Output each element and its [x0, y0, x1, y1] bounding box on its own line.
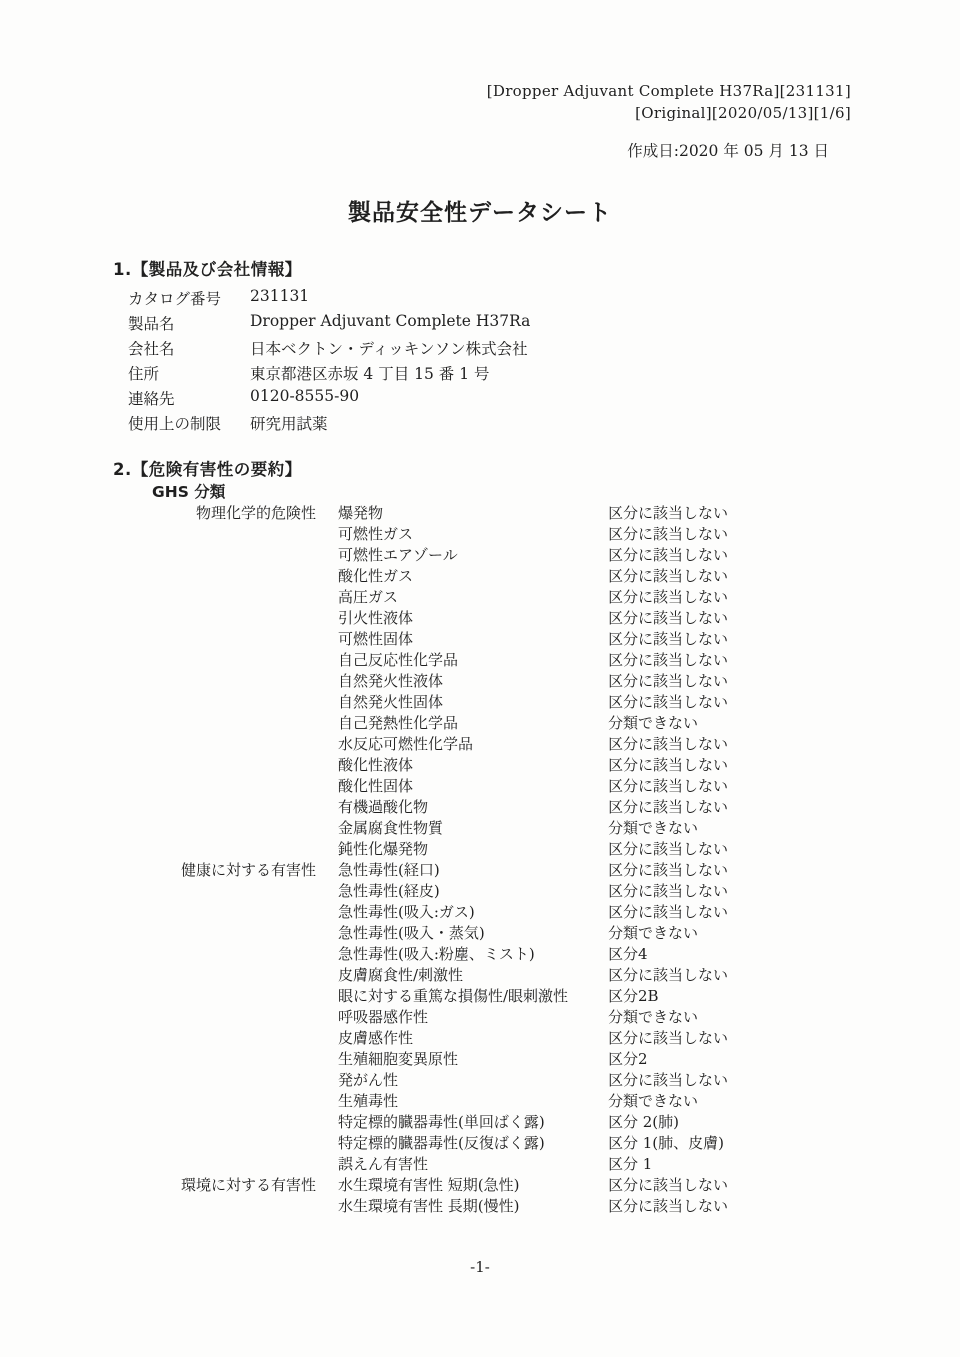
ghs-hazard-name: 可燃性固体 [338, 628, 608, 649]
ghs-hazard-name: 引火性液体 [338, 607, 608, 628]
ghs-hazard-name: 皮膚感作性 [338, 1027, 608, 1048]
sds-document-page: [Dropper Adjuvant Complete H37Ra][231131… [0, 0, 960, 1357]
ghs-hazard-name: 可燃性ガス [338, 523, 608, 544]
ghs-hazard-category [178, 607, 338, 628]
product-info-row: 住所東京都港区赤坂 4 丁目 15 番 1 号 [128, 362, 530, 387]
ghs-hazard-name: 急性毒性(吸入:ガス) [338, 901, 608, 922]
ghs-classification-value: 区分に該当しない [608, 1069, 848, 1090]
ghs-hazard-category [178, 1195, 338, 1216]
info-label: 製品名 [128, 312, 250, 334]
ghs-classification-value: 区分に該当しない [608, 838, 848, 859]
ghs-classification-row: 皮膚感作性区分に該当しない [178, 1027, 848, 1048]
ghs-classification-value: 区分に該当しない [608, 754, 848, 775]
ghs-hazard-name: 呼吸器感作性 [338, 1006, 608, 1027]
ghs-hazard-name: 発がん性 [338, 1069, 608, 1090]
ghs-classification-row: 酸化性液体区分に該当しない [178, 754, 848, 775]
info-value: 東京都港区赤坂 4 丁目 15 番 1 号 [250, 362, 490, 384]
ghs-hazard-name: 皮膚腐食性/刺激性 [338, 964, 608, 985]
ghs-classification-value: 区分に該当しない [608, 1027, 848, 1048]
ghs-hazard-category [178, 943, 338, 964]
ghs-classification-row: 特定標的臓器毒性(単回ばく露)区分 2(肺) [178, 1111, 848, 1132]
ghs-classification-value: 区分に該当しない [608, 523, 848, 544]
ghs-classification-value: 分類できない [608, 922, 848, 943]
ghs-hazard-category [178, 628, 338, 649]
ghs-hazard-name: 爆発物 [338, 502, 608, 523]
document-title: 製品安全性データシート [0, 194, 960, 227]
info-value: 231131 [250, 287, 309, 305]
document-reference-header: [Dropper Adjuvant Complete H37Ra][231131… [487, 80, 851, 124]
ghs-hazard-category [178, 796, 338, 817]
info-value: 0120-8555-90 [250, 387, 359, 405]
ghs-classification-value: 区分4 [608, 943, 848, 964]
ghs-hazard-category [178, 1027, 338, 1048]
info-label: 連絡先 [128, 387, 250, 409]
ghs-classification-row: 可燃性ガス区分に該当しない [178, 523, 848, 544]
product-info-table: カタログ番号231131製品名Dropper Adjuvant Complete… [128, 287, 530, 437]
ghs-hazard-name: 酸化性固体 [338, 775, 608, 796]
product-info-row: 使用上の制限研究用試薬 [128, 412, 530, 437]
section2-heading: 2.【危険有害性の要約】 [113, 456, 302, 480]
ghs-hazard-name: 可燃性エアゾール [338, 544, 608, 565]
ghs-classification-row: 急性毒性(経皮)区分に該当しない [178, 880, 848, 901]
ghs-classification-row: 酸化性ガス区分に該当しない [178, 565, 848, 586]
ghs-classification-row: 発がん性区分に該当しない [178, 1069, 848, 1090]
ghs-classification-value: 区分に該当しない [608, 649, 848, 670]
ghs-classification-row: 急性毒性(吸入・蒸気)分類できない [178, 922, 848, 943]
ghs-classification-value: 区分に該当しない [608, 586, 848, 607]
ghs-hazard-category [178, 817, 338, 838]
ghs-classification-value: 区分に該当しない [608, 691, 848, 712]
ghs-classification-row: 環境に対する有害性水生環境有害性 短期(急性)区分に該当しない [178, 1174, 848, 1195]
created-date: 作成日:2020 年 05 月 13 日 [627, 139, 829, 161]
product-info-row: カタログ番号231131 [128, 287, 530, 312]
ghs-hazard-category [178, 649, 338, 670]
ghs-classification-row: 鈍性化爆発物区分に該当しない [178, 838, 848, 859]
product-info-row: 製品名Dropper Adjuvant Complete H37Ra [128, 312, 530, 337]
ghs-classification-value: 区分に該当しない [608, 880, 848, 901]
ghs-hazard-category [178, 1006, 338, 1027]
ghs-hazard-name: 特定標的臓器毒性(単回ばく露) [338, 1111, 608, 1132]
ghs-hazard-name: 自己反応性化学品 [338, 649, 608, 670]
product-info-row: 会社名日本ベクトン・ディッキンソン株式会社 [128, 337, 530, 362]
ghs-hazard-name: 自己発熱性化学品 [338, 712, 608, 733]
ghs-classification-value: 区分に該当しない [608, 775, 848, 796]
ghs-hazard-name: 急性毒性(吸入・蒸気) [338, 922, 608, 943]
ghs-classification-row: 物理化学的危険性爆発物区分に該当しない [178, 502, 848, 523]
ghs-classification-value: 区分に該当しない [608, 670, 848, 691]
ghs-classification-table: 物理化学的危険性爆発物区分に該当しない可燃性ガス区分に該当しない可燃性エアゾール… [178, 502, 848, 1216]
ghs-classification-row: 高圧ガス区分に該当しない [178, 586, 848, 607]
header-revision-reference: [Original][2020/05/13][1/6] [487, 102, 851, 124]
ghs-hazard-name: 水反応可燃性化学品 [338, 733, 608, 754]
ghs-classification-value: 区分に該当しない [608, 796, 848, 817]
ghs-hazard-name: 急性毒性(経口) [338, 859, 608, 880]
page-number: -1- [0, 1258, 960, 1276]
ghs-classification-value: 区分に該当しない [608, 607, 848, 628]
info-value: Dropper Adjuvant Complete H37Ra [250, 312, 530, 330]
info-label: 会社名 [128, 337, 250, 359]
ghs-hazard-category [178, 691, 338, 712]
ghs-classification-row: 水生環境有害性 長期(慢性)区分に該当しない [178, 1195, 848, 1216]
ghs-hazard-category [178, 1090, 338, 1111]
ghs-hazard-name: 高圧ガス [338, 586, 608, 607]
ghs-classification-row: 眼に対する重篤な損傷性/眼刺激性区分2B [178, 985, 848, 1006]
ghs-classification-value: 分類できない [608, 1006, 848, 1027]
ghs-classification-subheading: GHS 分類 [152, 480, 225, 502]
ghs-hazard-name: 水生環境有害性 長期(慢性) [338, 1195, 608, 1216]
ghs-hazard-name: 自然発火性液体 [338, 670, 608, 691]
ghs-hazard-category [178, 712, 338, 733]
ghs-hazard-category: 健康に対する有害性 [178, 859, 338, 880]
ghs-classification-row: 生殖毒性分類できない [178, 1090, 848, 1111]
ghs-classification-value: 区分2 [608, 1048, 848, 1069]
section1-heading: 1.【製品及び会社情報】 [113, 256, 302, 280]
ghs-hazard-name: 自然発火性固体 [338, 691, 608, 712]
ghs-classification-value: 区分 1(肺、皮膚) [608, 1132, 848, 1153]
ghs-hazard-name: 有機過酸化物 [338, 796, 608, 817]
ghs-hazard-category [178, 838, 338, 859]
ghs-classification-row: 引火性液体区分に該当しない [178, 607, 848, 628]
info-value: 日本ベクトン・ディッキンソン株式会社 [250, 337, 528, 359]
ghs-classification-row: 急性毒性(吸入:ガス)区分に該当しない [178, 901, 848, 922]
ghs-hazard-name: 急性毒性(吸入:粉塵、ミスト) [338, 943, 608, 964]
info-label: 住所 [128, 362, 250, 384]
ghs-classification-row: 生殖細胞変異原性区分2 [178, 1048, 848, 1069]
ghs-hazard-name: 誤えん有害性 [338, 1153, 608, 1174]
ghs-hazard-category [178, 922, 338, 943]
info-label: カタログ番号 [128, 287, 250, 309]
ghs-classification-row: 自然発火性液体区分に該当しない [178, 670, 848, 691]
ghs-hazard-category [178, 754, 338, 775]
ghs-classification-value: 区分2B [608, 985, 848, 1006]
ghs-hazard-category [178, 1132, 338, 1153]
ghs-classification-row: 健康に対する有害性急性毒性(経口)区分に該当しない [178, 859, 848, 880]
ghs-hazard-category [178, 523, 338, 544]
ghs-classification-value: 区分に該当しない [608, 502, 848, 523]
ghs-hazard-category: 環境に対する有害性 [178, 1174, 338, 1195]
ghs-hazard-name: 眼に対する重篤な損傷性/眼刺激性 [338, 985, 608, 1006]
ghs-classification-row: 可燃性固体区分に該当しない [178, 628, 848, 649]
ghs-classification-value: 区分 2(肺) [608, 1111, 848, 1132]
ghs-hazard-category [178, 586, 338, 607]
ghs-hazard-name: 鈍性化爆発物 [338, 838, 608, 859]
ghs-hazard-name: 金属腐食性物質 [338, 817, 608, 838]
ghs-classification-value: 区分に該当しない [608, 544, 848, 565]
ghs-classification-row: 呼吸器感作性分類できない [178, 1006, 848, 1027]
ghs-classification-value: 区分に該当しない [608, 628, 848, 649]
ghs-classification-row: 酸化性固体区分に該当しない [178, 775, 848, 796]
ghs-hazard-name: 急性毒性(経皮) [338, 880, 608, 901]
ghs-hazard-category [178, 775, 338, 796]
ghs-hazard-name: 水生環境有害性 短期(急性) [338, 1174, 608, 1195]
ghs-hazard-name: 特定標的臓器毒性(反復ばく露) [338, 1132, 608, 1153]
ghs-classification-value: 区分 1 [608, 1153, 848, 1174]
info-value: 研究用試薬 [250, 412, 328, 434]
ghs-classification-row: 自己発熱性化学品分類できない [178, 712, 848, 733]
ghs-classification-value: 区分に該当しない [608, 859, 848, 880]
ghs-hazard-category [178, 880, 338, 901]
ghs-classification-row: 可燃性エアゾール区分に該当しない [178, 544, 848, 565]
ghs-hazard-category [178, 565, 338, 586]
ghs-classification-value: 区分に該当しない [608, 733, 848, 754]
ghs-classification-row: 特定標的臓器毒性(反復ばく露)区分 1(肺、皮膚) [178, 1132, 848, 1153]
ghs-classification-row: 有機過酸化物区分に該当しない [178, 796, 848, 817]
ghs-hazard-category [178, 1048, 338, 1069]
ghs-classification-row: 自己反応性化学品区分に該当しない [178, 649, 848, 670]
ghs-hazard-name: 酸化性ガス [338, 565, 608, 586]
ghs-hazard-category [178, 901, 338, 922]
ghs-hazard-name: 生殖毒性 [338, 1090, 608, 1111]
ghs-hazard-category [178, 1111, 338, 1132]
ghs-hazard-category [178, 544, 338, 565]
ghs-classification-value: 分類できない [608, 712, 848, 733]
ghs-hazard-category [178, 985, 338, 1006]
ghs-classification-value: 区分に該当しない [608, 964, 848, 985]
ghs-hazard-category [178, 670, 338, 691]
ghs-hazard-category [178, 733, 338, 754]
ghs-classification-value: 分類できない [608, 1090, 848, 1111]
ghs-hazard-category [178, 964, 338, 985]
ghs-classification-row: 自然発火性固体区分に該当しない [178, 691, 848, 712]
ghs-hazard-category [178, 1069, 338, 1090]
ghs-classification-row: 金属腐食性物質分類できない [178, 817, 848, 838]
ghs-hazard-category [178, 1153, 338, 1174]
ghs-classification-value: 区分に該当しない [608, 1195, 848, 1216]
ghs-classification-value: 区分に該当しない [608, 901, 848, 922]
ghs-classification-value: 分類できない [608, 817, 848, 838]
product-info-row: 連絡先0120-8555-90 [128, 387, 530, 412]
ghs-classification-value: 区分に該当しない [608, 1174, 848, 1195]
ghs-hazard-name: 酸化性液体 [338, 754, 608, 775]
ghs-classification-row: 皮膚腐食性/刺激性区分に該当しない [178, 964, 848, 985]
ghs-classification-row: 誤えん有害性区分 1 [178, 1153, 848, 1174]
ghs-hazard-category: 物理化学的危険性 [178, 502, 338, 523]
ghs-classification-value: 区分に該当しない [608, 565, 848, 586]
ghs-classification-row: 急性毒性(吸入:粉塵、ミスト)区分4 [178, 943, 848, 964]
ghs-classification-row: 水反応可燃性化学品区分に該当しない [178, 733, 848, 754]
info-label: 使用上の制限 [128, 412, 250, 434]
header-product-reference: [Dropper Adjuvant Complete H37Ra][231131… [487, 80, 851, 102]
ghs-hazard-name: 生殖細胞変異原性 [338, 1048, 608, 1069]
